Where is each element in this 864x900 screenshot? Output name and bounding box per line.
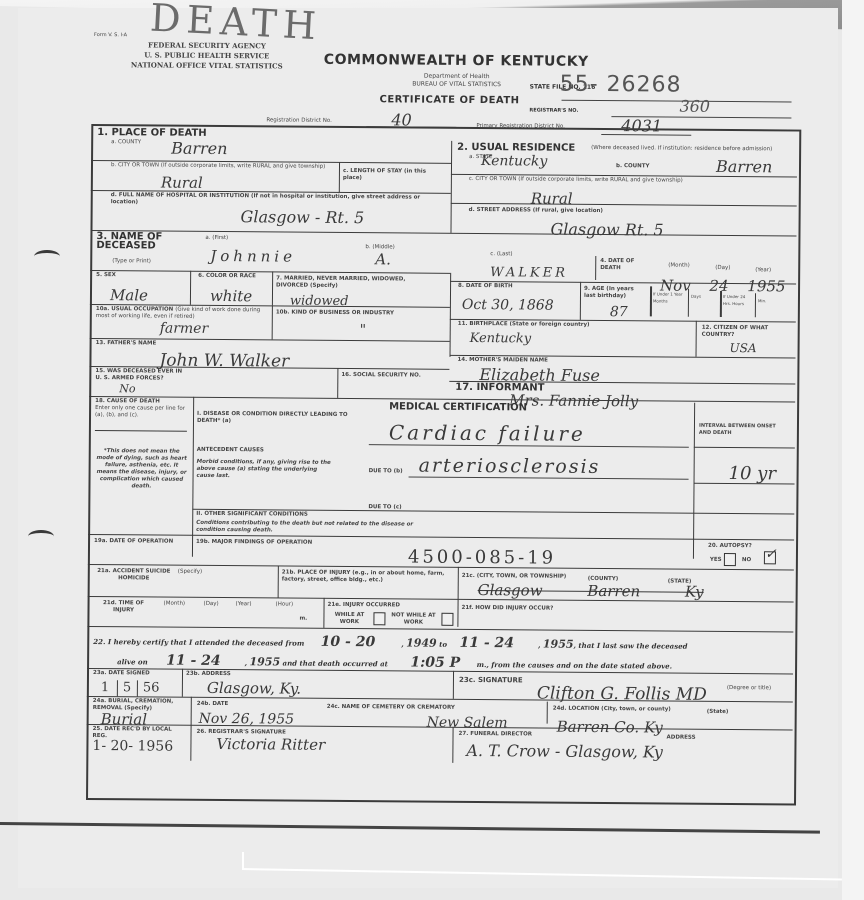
race-label: 6. COLOR OR RACE	[198, 273, 256, 280]
time-of-injury-label: 21d. TIME OF INJURY	[93, 600, 153, 614]
cause-b: arteriosclerosis	[419, 455, 601, 478]
citizenship: USA	[730, 341, 757, 355]
first-name-label: a. (First)	[205, 235, 228, 242]
sex: Male	[110, 286, 148, 304]
injury-month-label: (Month)	[164, 601, 186, 608]
veteran-label: 15. WAS DECEASED EVER IN U. S. ARMED FOR…	[95, 368, 185, 383]
not-at-work-label: NOT WHILE AT WORK	[389, 612, 437, 626]
date-received: 1- 20- 1956	[92, 738, 173, 755]
form-number: Form V. S. I-A	[94, 32, 127, 38]
date-signed-year: 56	[143, 680, 160, 695]
date-signed-label: 23a. DATE SIGNED	[93, 670, 150, 677]
antecedent-causes-label: ANTECEDENT CAUSES	[197, 447, 264, 455]
bureau-label: BUREAU OF VITAL STATISTICS	[397, 80, 517, 89]
injury-location-label: 21c. (CITY, TOWN, OR TOWNSHIP)	[462, 573, 567, 581]
signature-label: 23c. SIGNATURE	[459, 677, 523, 685]
attended-to: 11 - 24	[459, 635, 514, 651]
birthplace-label: 11. BIRTHPLACE (State or foreign country…	[458, 321, 590, 329]
cause-of-death-label: 18. CAUSE OF DEATHEnter only one cause p…	[95, 398, 191, 420]
date-of-birth-label: 8. DATE OF BIRTH	[458, 283, 513, 290]
date-of-birth: Oct 30, 1868	[462, 297, 554, 314]
state-file-number: 55- 26268	[560, 72, 682, 98]
death-certificate-form: Form V. S. I-A FEDERAL SECURITY AGENCY U…	[86, 38, 802, 802]
hospital-name: Glasgow - Rt. 5	[241, 207, 365, 227]
cert-text: 22. I hereby certify that I attended the…	[93, 637, 304, 648]
attended-to-year: 1955	[543, 638, 574, 651]
death-city: Rural	[161, 174, 203, 192]
cemetery-name: New Salem	[427, 715, 508, 732]
father-name-label: 13. FATHER'S NAME	[96, 340, 157, 347]
injury-location: Glasgow Barren Ky	[478, 581, 704, 601]
divider	[182, 669, 183, 697]
other-conditions-label: II. OTHER SIGNIFICANT CONDITIONS	[196, 511, 308, 519]
death-time: 1:05 P	[410, 655, 460, 671]
burial-state-label: (State)	[707, 709, 729, 716]
interval-label: INTERVAL BETWEEN ONSET AND DEATH	[699, 423, 789, 438]
length-of-stay-label: c. LENGTH OF STAY (in this place)	[343, 168, 443, 183]
age-hours-label: If Under 24 Hrs. Hours	[723, 293, 753, 307]
department-header: Department of Health BUREAU OF VITAL STA…	[397, 72, 517, 89]
divider	[755, 293, 756, 317]
occupation-label: 10a. USUAL OCCUPATION (Give kind of work…	[96, 306, 266, 321]
funeral-director: A. T. Crow - Glasgow, Ky	[466, 741, 663, 762]
agency-line: NATIONAL OFFICE VITAL STATISTICS	[92, 60, 322, 72]
first-name: Johnnie	[210, 247, 296, 266]
checkmark-icon: ✓	[765, 546, 777, 562]
burial-location-label: 24d. LOCATION (City, town, or county)	[553, 706, 671, 714]
injury-occurred-label: 21e. INJURY OCCURRED	[328, 602, 400, 610]
autopsy-yes-checkbox[interactable]	[724, 553, 736, 566]
attended-from: 10 - 20	[321, 634, 376, 650]
autopsy-label: 20. AUTOPSY?	[708, 543, 752, 550]
date-signed-month: 1	[101, 680, 109, 695]
street-address: Glasgow Rt. 5	[550, 220, 663, 240]
divider	[453, 671, 454, 699]
physician-address: Glasgow, Ky.	[207, 679, 301, 698]
cert-text: and that death occurred at	[283, 659, 388, 669]
specify-label: (Specify)	[178, 569, 202, 576]
funeral-director-label: 27. FUNERAL DIRECTOR	[459, 731, 533, 739]
binder-hole-mark	[34, 250, 60, 263]
citizenship-label: 12. CITIZEN OF WHAT COUNTRY?	[702, 325, 792, 340]
due-to-b-label: DUE TO (b)	[369, 468, 403, 475]
divider	[547, 702, 548, 724]
immediate-cause-label: I. DISEASE OR CONDITION DIRECTLY LEADING…	[197, 411, 357, 426]
divider	[688, 289, 689, 317]
while-at-work-label: WHILE AT WORK	[329, 612, 369, 626]
business: "	[360, 322, 367, 338]
divider	[595, 256, 596, 280]
operation-findings-label: 19b. MAJOR FINDINGS OF OPERATION	[196, 539, 312, 547]
autopsy-yes-label: YES	[710, 557, 722, 564]
divider	[137, 680, 138, 696]
not-at-work-checkbox[interactable]	[441, 613, 453, 626]
registrar-number: 360	[679, 97, 710, 116]
cert-text: m., from the causes and on the date stat…	[477, 660, 673, 671]
place-of-injury-label: 21b. PLACE OF INJURY (e.g., in or about …	[282, 570, 452, 585]
cemetery-label: 24c. NAME OF CEMETERY OR CREMATORY	[327, 704, 455, 712]
antecedent-note: Morbid conditions, if any, giving rise t…	[197, 459, 337, 481]
injury-day-label: (Day)	[204, 601, 219, 608]
birthplace: Kentucky	[470, 331, 532, 346]
date-signed-day: 5	[123, 680, 131, 695]
cert-text: alive on	[117, 657, 148, 666]
scan-edge	[842, 0, 864, 900]
marital-status-label: 7. MARRIED, NEVER MARRIED, WIDOWED, DIVO…	[276, 275, 416, 290]
ssn-label: 16. SOCIAL SECURITY NO.	[341, 372, 441, 380]
business-label: 10b. KIND OF BUSINESS OR INDUSTRY	[276, 309, 446, 317]
certificate-title: CERTIFICATE OF DEATH	[379, 94, 519, 106]
operation-date-label: 19a. DATE OF OPERATION	[94, 538, 189, 546]
interval-b: 10 yr	[729, 463, 777, 484]
accident-label: 21a. ACCIDENT SUICIDE HOMICIDE	[94, 568, 174, 583]
injury-hour-label: (Hour)	[276, 601, 294, 608]
medical-certification-label: MEDICAL CERTIFICATION	[389, 402, 527, 412]
federal-agency-header: FEDERAL SECURITY AGENCY U. S. PUBLIC HEA…	[92, 40, 322, 72]
age-days-label: Days	[691, 293, 701, 300]
type-or-print-note: (Type or Print)	[112, 258, 151, 265]
cause-a: Cardiac failure	[389, 420, 586, 446]
cert-text: that I last saw the deceased	[578, 641, 687, 651]
age: 87	[610, 304, 628, 320]
street-label: d. STREET ADDRESS (If rural, give locati…	[469, 207, 603, 215]
residence-state: Kentucky	[481, 153, 547, 170]
age-label: 9. AGE (In years last birthday)	[584, 286, 644, 300]
other-conditions-note: Conditions contributing to the death but…	[196, 520, 426, 536]
veteran: No	[119, 382, 135, 395]
registrar-number-label: REGISTRAR'S NO.	[529, 107, 578, 113]
mother-name-label: 14. MOTHER'S MAIDEN NAME	[457, 357, 547, 365]
usual-residence-label: 2. USUAL RESIDENCE	[457, 143, 575, 153]
sex-label: 5. SEX	[96, 272, 116, 279]
residence-county-label: b. COUNTY	[616, 163, 650, 170]
residence-city: Rural	[531, 189, 573, 207]
underline	[562, 100, 792, 103]
race: white	[210, 287, 252, 305]
autopsy-no-checkbox[interactable]: ✓	[764, 551, 776, 564]
alive-on-year: 1955	[249, 655, 280, 668]
year-label: (Year)	[755, 267, 771, 274]
attended-from-year: 1949	[406, 636, 437, 649]
county-label: a. COUNTY	[111, 139, 141, 146]
burial-date-label: 24b. DATE	[197, 701, 229, 708]
address-label: 23b. ADDRESS	[186, 671, 231, 678]
injury-m-label: m.	[299, 616, 307, 623]
registrar-signature: Victoria Ritter	[216, 735, 325, 754]
deceased-name-label: 3. NAME OF DECEASED	[96, 232, 196, 251]
middle-name: A.	[375, 250, 391, 268]
cert-text: to	[439, 640, 447, 649]
operation-findings: 4500-085-19	[408, 546, 556, 568]
degree-label: (Degree or title)	[727, 685, 771, 692]
death-county: Barren	[171, 139, 228, 158]
alive-on-date: 11 - 24	[166, 653, 221, 669]
day-label: (Day)	[715, 265, 730, 272]
divider	[650, 286, 652, 316]
age-months-label: If Under 1 Year Months	[653, 290, 683, 304]
how-injury-label: 21f. HOW DID INJURY OCCUR?	[462, 605, 554, 613]
cause-disclaimer: *This does not mean the mode of dying, s…	[94, 448, 188, 491]
residence-county: Barren	[716, 157, 773, 176]
binder-hole-mark	[28, 530, 54, 543]
divider	[720, 291, 722, 317]
occupation: farmer	[160, 321, 209, 337]
month-label: (Month)	[668, 263, 690, 270]
date-of-death-label: 4. DATE OF DEATH	[600, 258, 650, 272]
while-at-work-checkbox[interactable]	[373, 612, 385, 625]
last-name-label: c. (Last)	[490, 251, 512, 258]
injury-year-label: (Year)	[236, 601, 252, 608]
last-name: WALKER	[490, 265, 568, 281]
place-of-death-label: 1. PLACE OF DEATH	[97, 128, 207, 138]
age-minutes-label: Min.	[758, 297, 766, 304]
document-title: COMMONWEALTH OF KENTUCKY	[324, 52, 589, 70]
funeral-address-label: ADDRESS	[666, 735, 695, 742]
divider	[117, 680, 118, 696]
autopsy-no-label: NO	[742, 557, 751, 564]
registration-district-label: Registration District No.	[266, 117, 332, 125]
hospital-label: d. FULL NAME OF HOSPITAL OR INSTITUTION …	[111, 192, 441, 209]
